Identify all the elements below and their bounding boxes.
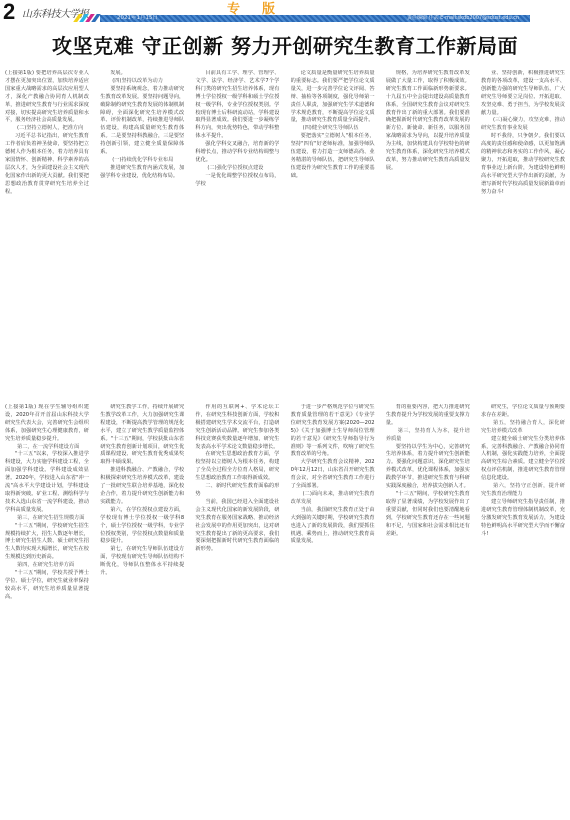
color-stripes-icon <box>74 14 100 22</box>
bottom-article: (上接第1版) 现在学生辅导组织建设，2020年召开首届山东科技大学研究生代表大… <box>5 404 565 816</box>
paragraph: 推进研究生教育内涵式发展，加强学科专业建设，优化结构布局。 <box>100 165 184 181</box>
paragraph: (上接第1版) 现在学生辅导组织建设，2020年召开首届山东科技大学研究生代表大… <box>5 404 89 444</box>
paragraph: "十三五"以来，学校深入推进学科建设，大力实施学科建设工程，全面加强学科建设。学… <box>5 451 89 514</box>
text-column: 规格，为培养研究生教育改革发展做了大量工作，取得了积极成效。研究生教育工作面临新… <box>386 70 470 353</box>
text-column: (上接第1版) 要把培养高层次专业人才摆在更加突出位置，加快培养适应国家重大战略… <box>5 70 89 353</box>
paragraph: 当前，我国已经进入全面建设社会主义现代化国家的新发展阶段，研究生教育在服务国家战… <box>195 499 279 554</box>
subheading: 第五，坚持融合育人，深化研究生培养模式改革 <box>481 420 565 436</box>
text-column: 作用的互联网+、学术论坛工作，在研究生科技创新方面，学校积极搭建研究生学术交流平… <box>195 404 279 816</box>
paragraph: 习近平总书记指出，研究生教育工作者肩负着神圣使命，要坚持把立德树人作为根本任务，… <box>5 133 89 196</box>
paragraph: 时不我待，只争朝夕。我们要以高度的责任感和使命感，以更加饱满的精神状态和务实的工… <box>481 133 565 196</box>
paragraph: 建立导师研究生指导责任制，推进研究生教育管理体制机制改革，充分激发研究生教育发展… <box>481 499 565 539</box>
paragraph: 当前，我国研究生教育正处于由大到强的关键时期，学校研究生教育也进入了新的发展阶段… <box>291 507 375 547</box>
text-column: 业、坚持创新，积极推进研究生教育的各项改革，建设一支高水平、创新能力强的研究生导… <box>481 70 565 353</box>
paragraph: 规格，为培养研究生教育改革发展做了大量工作，取得了积极成效。研究生教育工作面临新… <box>386 70 470 173</box>
top-article: (上接第1版) 要把培养高层次专业人才摆在更加突出位置，加快培养适应国家重大战略… <box>5 70 565 353</box>
text-column: 研究生，学位论文质量与预期要求存在差距。第五，坚持融合育人，深化研究生培养模式改… <box>481 404 565 816</box>
subheading: (一)持续优化学科专业布局 <box>100 157 184 165</box>
paragraph: 在研究生思想政治教育方面，学校坚持以立德树人为根本任务，构建了全员全过程全方位育… <box>195 451 279 483</box>
subheading: 第三，在研究生招生规模方面 <box>5 515 89 523</box>
section-label: 专版 <box>227 2 297 18</box>
paragraph: 第六，在学位授权点建设方面，学校现有博士学位授权一级学科8个，硕士学位授权一级学… <box>100 507 184 547</box>
subheading: 第六，坚持守正创新，提升研究生教育治理能力 <box>481 483 565 499</box>
paragraph: "十三五"期间，学校研究生教育取得了显著成绩，为学校发展作出了重要贡献，但同时我… <box>386 491 470 538</box>
paragraph: 业、坚持创新，积极推进研究生教育的各项改革，建设一支高水平、创新能力强的研究生导… <box>481 70 565 117</box>
masthead: 2 山东科技大学报 2021年1月15日 专版 责任编辑 任武 E-mail:s… <box>0 0 570 24</box>
paragraph: 大学研究生教育会议精神，2020年12月12日，山东省召开研究生教育会议，对全省… <box>291 459 375 491</box>
paragraph: 第七，在研究生导师队伍建设方面，学校现有研究生导师队伍结构不断优化，导师队伍整体… <box>100 546 184 578</box>
paragraph: "十三五"期间，学校研究生招生规模持续扩大，招生人数逐年增长，博士研究生招生人数… <box>5 523 89 563</box>
page-number: 2 <box>3 0 15 24</box>
editor-line: 责任编辑 任武 E-mail:skdb2007@sdust.edu.cn <box>407 15 519 22</box>
text-column: 研究生教学工作，持续开展研究生教学改革工作，大力加强研究生课程建设，不断提高教学… <box>100 404 184 816</box>
paragraph: 要把落实"立德树人"根本任务，坚持"四有"好老师标准，加强导师队伍建设，着力打造… <box>291 133 375 180</box>
paragraph: 论文质量是衡量研究生培养质量的重要标志。我们要严把学位论文质量关，进一步完善学位… <box>291 70 375 125</box>
page-headline: 攻坚克难 守正创新 努力开创研究生教育工作新局面 <box>0 34 570 58</box>
paragraph: 一是优化调整学位授权点布局，学校 <box>195 173 279 189</box>
paragraph: 发展。 <box>100 70 184 78</box>
text-column: (上接第1版) 现在学生辅导组织建设，2020年召开首届山东科技大学研究生代表大… <box>5 404 89 816</box>
text-column: 论文质量是衡量研究生培养质量的重要标志。我们要严把学位论文质量关，进一步完善学位… <box>291 70 375 353</box>
subheading: (三)凝心聚力，攻坚克难，推动研究生教育事业发展 <box>481 117 565 133</box>
paragraph: (上接第1版) 要把培养高层次专业人才摆在更加突出位置，加快培养适应国家重大战略… <box>5 70 89 125</box>
issue-date: 2021年1月15日 <box>117 15 158 22</box>
paragraph: 于进一步严格规范学位与研究生教育质量管理的若干意见》《专业学位研究生教育发展方案… <box>291 404 375 459</box>
paragraph: 要坚持系统观念，着力推动研究生教育改革发展。要坚持问题导向，破除制约研究生教育发… <box>100 86 184 157</box>
paragraph: 育的重要内容，把大力推进研究生教育提升为学校发展的重要支撑力量。 <box>386 404 470 428</box>
paragraph: 要坚持以学生为中心，完善研究生培养体系，着力提升研究生创新能力。要强化问题意识，… <box>386 444 470 491</box>
text-column: 于进一步严格规范学位与研究生教育质量管理的若干意见》《专业学位研究生教育发展方案… <box>291 404 375 816</box>
text-column: 育的重要内容，把大力推进研究生教育提升为学校发展的重要支撑力量。第三，坚持育人为… <box>386 404 470 816</box>
paragraph: 强化学科交叉融合，培育新的学科增长点，推动学科专业结构调整与优化。 <box>195 141 279 165</box>
text-column: 目前具有工学、理学、管理学、文学、法学、经济学、艺术学7个学科门类的研究生招生培… <box>195 70 279 353</box>
paragraph: 研究生，学位论文质量与预期要求存在差距。 <box>481 404 565 420</box>
subheading: (二)面向未来，推动研究生教育改革发展 <box>291 491 375 507</box>
subheading: (二)强化学位授权点建设 <box>195 165 279 173</box>
subheading: 第三，坚持育人为本，提升培养质量 <box>386 428 470 444</box>
paragraph: 建立健全硕士研究生分类培养体系，完善科教融合、产教融合协同育人机制，强化实践能力… <box>481 436 565 483</box>
paragraph: 目前具有工学、理学、管理学、文学、法学、经济学、艺术学7个学科门类的研究生招生培… <box>195 70 279 141</box>
subheading: (四)坚持以改革为动力 <box>100 78 184 86</box>
paragraph: 二、新时代研究生教育面临的形势 <box>195 483 279 499</box>
text-column: 发展。(四)坚持以改革为动力要坚持系统观念，着力推动研究生教育改革发展。要坚持问… <box>100 70 184 353</box>
paragraph: 推进科教融合、产教融合，学校积极探索研究生培养模式改革，建设了一批研究生联合培养… <box>100 467 184 507</box>
subheading: 第四，在研究生培养方面 <box>5 562 89 570</box>
paragraph: "十三五"期间，学校共授予博士学位、硕士学位，研究生就业率保持较高水平，研究生培… <box>5 570 89 602</box>
paragraph: 作用的互联网+、学术论坛工作，在研究生科技创新方面，学校积极搭建研究生学术交流平… <box>195 404 279 451</box>
paragraph: 研究生教学工作，持续开展研究生教学改革工作，大力加强研究生课程建设，不断提高教学… <box>100 404 184 467</box>
